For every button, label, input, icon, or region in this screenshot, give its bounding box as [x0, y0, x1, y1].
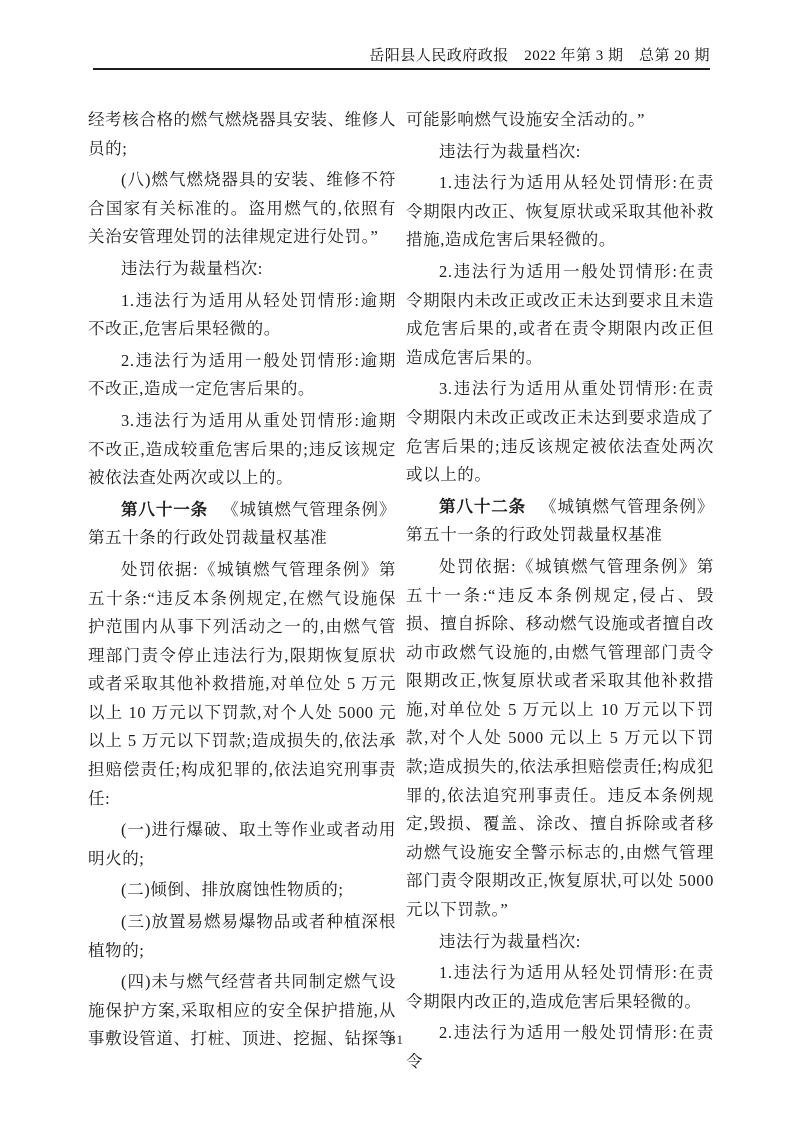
page-header: 岳阳县人民政府政报 2022 年第 3 期 总第 20 期 [93, 44, 710, 70]
article-paragraph: 1.违法行为适用从轻处罚情形:在责令期限内改正、恢复原状或采取其他补救措施,造成… [406, 169, 714, 255]
article-paragraph: 3.违法行为适用从重处罚情形:逾期不改正,造成较重危害后果的;违反该规定被依法查… [88, 407, 396, 493]
article-paragraph: 违法行为裁量档次: [406, 138, 714, 167]
clause-number: 第八十一条 [121, 500, 208, 519]
article-paragraph: 可能影响燃气设施安全活动的。” [406, 106, 714, 135]
article-paragraph: 经考核合格的燃气燃烧器具安装、维修人员的; [88, 106, 396, 163]
page-number: 81 [389, 1032, 404, 1047]
article-paragraph: (三)放置易燃易爆物品或者种植深根植物的; [88, 908, 396, 965]
journal-header-text: 岳阳县人民政府政报 2022 年第 3 期 总第 20 期 [369, 48, 710, 64]
article-clause-heading: 第八十一条《城镇燃气管理条例》第五十条的行政处罚裁量权基准 [88, 496, 396, 553]
right-column: 可能影响燃气设施安全活动的。”违法行为裁量档次:1.违法行为适用从轻处罚情形:在… [406, 106, 714, 1080]
clause-number: 第八十二条 [439, 497, 526, 516]
article-paragraph: 2.违法行为适用一般处罚情形:在责令期限内未改正或改正未达到要求且未造成危害后果… [406, 258, 714, 372]
article-paragraph: 处罚依据:《城镇燃气管理条例》第五十一条:“违反本条例规定,侵占、毁损、擅自拆除… [406, 553, 714, 925]
article-paragraph: (一)进行爆破、取土等作业或者动用明火的; [88, 816, 396, 873]
article-paragraph: 2.违法行为适用一般处罚情形:逾期不改正,造成一定危害后果的。 [88, 347, 396, 404]
article-paragraph: 2.违法行为适用一般处罚情形:在责令 [406, 1019, 714, 1076]
article-paragraph: 1.违法行为适用从轻处罚情形:在责令期限内改正的,造成危害后果轻微的。 [406, 959, 714, 1016]
article-paragraph: 3.违法行为适用从重处罚情形:在责令期限内未改正或改正未达到要求造成了危害后果的… [406, 375, 714, 489]
article-paragraph: 违法行为裁量档次: [406, 928, 714, 957]
document-page: 岳阳县人民政府政报 2022 年第 3 期 总第 20 期 经考核合格的燃气燃烧… [0, 0, 793, 1122]
page-footer: 81 [0, 1032, 793, 1048]
article-paragraph: 违法行为裁量档次: [88, 255, 396, 284]
article-paragraph: 处罚依据:《城镇燃气管理条例》第五十条:“违反本条例规定,在燃气设施保护范围内从… [88, 556, 396, 813]
article-paragraph: 1.违法行为适用从轻处罚情形:逾期不改正,危害后果轻微的。 [88, 287, 396, 344]
article-paragraph: (八)燃气燃烧器具的安装、维修不符合国家有关标准的。盗用燃气的,依照有关治安管理… [88, 166, 396, 252]
article-clause-heading: 第八十二条《城镇燃气管理条例》第五十一条的行政处罚裁量权基准 [406, 493, 714, 550]
left-column: 经考核合格的燃气燃烧器具安装、维修人员的;(八)燃气燃烧器具的安装、维修不符合国… [88, 106, 396, 1057]
article-paragraph: (二)倾倒、排放腐蚀性物质的; [88, 876, 396, 905]
